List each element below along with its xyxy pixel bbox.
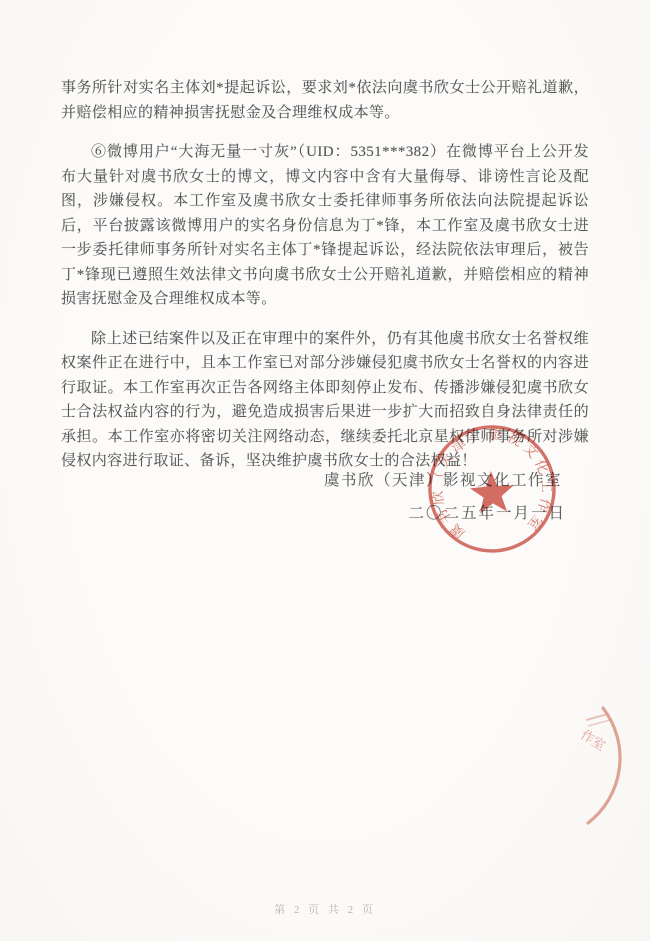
paragraph-case-six: ⑥微博用户“大海无量一寸灰”（UID：5351***382）在微博平台上公开发布… xyxy=(61,140,589,312)
document-page: 事务所针对实名主体刘*提起诉讼，要求刘*依法向虞书欣女士公开赔礼道歉，并赔偿相应… xyxy=(0,0,650,941)
document-body: 事务所针对实名主体刘*提起诉讼，要求刘*依法向虞书欣女士公开赔礼道歉，并赔偿相应… xyxy=(61,76,589,474)
page-number: 第 2 页 共 2 页 xyxy=(0,901,650,917)
partial-seal-stamp-icon: 作室 xyxy=(550,686,650,836)
paragraph-continuation: 事务所针对实名主体刘*提起诉讼，要求刘*依法向虞书欣女士公开赔礼道歉，并赔偿相应… xyxy=(61,76,589,125)
official-seal-stamp-icon: 虞书欣（天津）影视文化工作室 xyxy=(418,416,563,561)
partial-seal-text: 作室 xyxy=(578,727,608,754)
seal-star-icon xyxy=(469,469,516,514)
